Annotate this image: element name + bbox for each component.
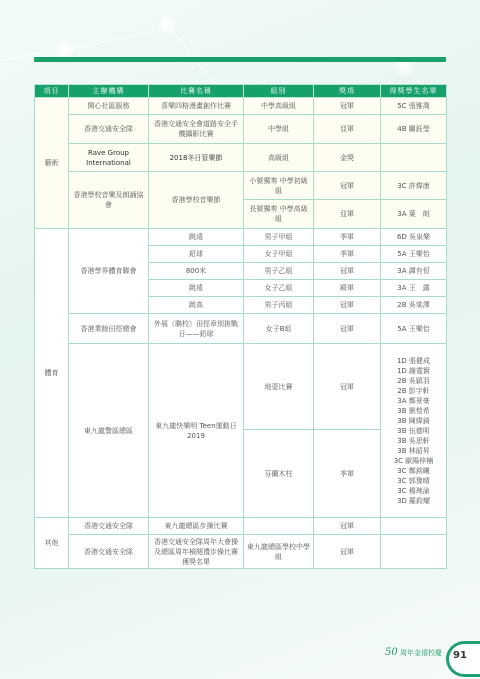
student-name: 3B 伍德明 [383,426,444,436]
table-row: 體育 香港學界體育聯會 跳遠 男子甲組 季軍 6D 吳泉樂 [35,229,447,246]
category-cell: 體育 [35,229,69,518]
competition-cell: 800米 [149,263,244,280]
group-cell: 男子甲組 [244,229,314,246]
competition-cell: 跳遠 [149,229,244,246]
students-cell: 2B 吳棠澤 [381,297,447,314]
header-competition: 比賽名稱 [149,85,244,98]
award-cell: 季軍 [314,246,381,263]
competition-cell: 香港交通安全隊周年大會操及總區周年檢閱禮步操比賽獲獎名單 [149,535,244,569]
student-name: 3B 林韶昇 [383,446,444,456]
student-name: 3D 羅鈞耀 [383,496,444,506]
table-row: 東九龍警區總區 東九龍快樂明 Teen運動日2019 地壺比賽 冠軍 1D 張健… [35,344,447,430]
students-cell [381,144,447,172]
award-cell: 季軍 [314,229,381,246]
award-cell: 殿軍 [314,280,381,297]
award-cell: 亞軍 [314,115,381,144]
table-row: 香港交通安全隊 香港交通安全會道路安全手機攝影比賽 中學組 亞軍 4B 關鈺瑩 [35,115,447,144]
header-bar [34,57,446,62]
footer-branding: 50 周年金禧校慶 [385,647,442,658]
students-cell: 5A 王樂怡 [381,314,447,344]
competition-cell: 香港學校音樂節 [149,172,244,229]
competition-cell: 跳高 [149,297,244,314]
group-cell: 女子B組 [244,314,314,344]
competition-cell: 東九龍總區步操比賽 [149,518,244,535]
group-cell: 小號獨奏 中學初級組 [244,172,314,200]
organizer-cell: 東九龍警區總區 [69,344,149,518]
students-cell [381,535,447,569]
group-cell: 地壺比賽 [244,344,314,430]
group-cell: 男子丙組 [244,297,314,314]
category-cell: 藝術 [35,98,69,229]
group-cell: 男子乙組 [244,263,314,280]
competition-cell: 鉛球 [149,246,244,263]
student-name: 3C 鄭銘曦 [383,466,444,476]
organizer-cell: 香港交通安全隊 [69,535,149,569]
group-cell [244,518,314,535]
student-name: 3A 鄭景豪 [383,396,444,406]
students-cell: 6D 吳泉樂 [381,229,447,246]
group-cell: 中學組 [244,115,314,144]
competition-cell: 香港交通安全會道路安全手機攝影比賽 [149,115,244,144]
group-cell: 長號獨奏 中學高級組 [244,200,314,229]
competition-cell: 喜樂四格漫畫創作比賽 [149,98,244,115]
organizer-cell: 香港業餘田徑總會 [69,314,149,344]
header-award: 獎項 [314,85,381,98]
competition-cell: 跳遠 [149,280,244,297]
table-row: 香港業餘田徑總會 外展（聯校）田徑章別挑戰日——鉛球 女子B組 冠軍 5A 王樂… [35,314,447,344]
students-cell: 5C 張雅喬 [381,98,447,115]
student-name: 1D 謝霆賢 [383,366,444,376]
anniversary-logo: 50 [385,647,398,658]
student-name: 3B 陳緯錡 [383,416,444,426]
decorative-glow [163,20,171,28]
award-cell: 冠軍 [314,518,381,535]
organizer-cell: 香港交通安全隊 [69,518,149,535]
table-row: 藝術 開心社區服務 喜樂四格漫畫創作比賽 中學高級組 冠軍 5C 張雅喬 [35,98,447,115]
group-cell: 芬蘭木柱 [244,430,314,518]
page-number: 91 [453,650,467,661]
award-cell: 冠軍 [314,98,381,115]
students-cell: 3C 許煒康 [381,172,447,200]
students-cell: 3A 葉 朗 [381,200,447,229]
table-row: 香港學校音樂及朗誦協會 香港學校音樂節 小號獨奏 中學初級組 冠軍 3C 許煒康 [35,172,447,200]
student-name: 2B 吳穎羽 [383,376,444,386]
organizer-cell: Rave Group International [69,144,149,172]
group-cell: 女子甲組 [244,246,314,263]
award-cell: 冠軍 [314,344,381,430]
student-name: 3B 吳思軒 [383,436,444,446]
student-name: 2B 彭宇軒 [383,386,444,396]
award-cell: 冠軍 [314,263,381,280]
students-cell: 5A 王樂怡 [381,246,447,263]
group-cell: 高級組 [244,144,314,172]
award-cell: 亞軍 [314,200,381,229]
anniversary-slogan: 周年金禧校慶 [400,649,442,657]
table-row: 香港交通安全隊 香港交通安全隊周年大會操及總區周年檢閱禮步操比賽獲獎名單 東九龍… [35,535,447,569]
students-cell [381,518,447,535]
decorative-line [64,27,172,51]
group-cell: 女子乙組 [244,280,314,297]
students-cell: 3A 王 露 [381,280,447,297]
award-cell: 冠軍 [314,314,381,344]
student-name: 3B 劉愷希 [383,406,444,416]
team-students-cell: 1D 張健成 1D 謝霆賢 2B 吳穎羽 2B 彭宇軒 3A 鄭景豪 3B 劉愷… [381,344,447,518]
award-cell: 冠軍 [314,297,381,314]
student-name: 3C 歐陽梓楠 [383,456,444,466]
header-students: 得獎學生名單 [381,85,447,98]
table-row: Rave Group International 2018冬日管樂節 高級組 金… [35,144,447,172]
competition-cell: 東九龍快樂明 Teen運動日2019 [149,344,244,518]
organizer-cell: 香港學校音樂及朗誦協會 [69,172,149,229]
decorative-glow [60,46,68,54]
student-name: 3C 郭豫晴 [383,476,444,486]
header-organizer: 主辦機構 [69,85,149,98]
table-row: 其他 香港交通安全隊 東九龍總區步操比賽 冠軍 [35,518,447,535]
competition-cell: 2018冬日管樂節 [149,144,244,172]
organizer-cell: 香港學界體育聯會 [69,229,149,314]
decorative-glow [400,62,408,70]
student-name: 1D 張健成 [383,356,444,366]
group-cell: 中學高級組 [244,98,314,115]
table-header-row: 項目 主辦機構 比賽名稱 組別 獎項 得獎學生名單 [35,85,447,98]
student-name: 3C 楊琬渝 [383,486,444,496]
header-category: 項目 [35,85,69,98]
group-cell: 東九龍總區學校中學組 [244,535,314,569]
header-group: 組別 [244,85,314,98]
award-cell: 冠軍 [314,172,381,200]
award-cell: 金獎 [314,144,381,172]
students-cell: 4B 關鈺瑩 [381,115,447,144]
organizer-cell: 香港交通安全隊 [69,115,149,144]
organizer-cell: 開心社區服務 [69,98,149,115]
competition-cell: 外展（聯校）田徑章別挑戰日——鉛球 [149,314,244,344]
awards-table: 項目 主辦機構 比賽名稱 組別 獎項 得獎學生名單 藝術 開心社區服務 喜樂四格… [34,84,447,569]
award-cell: 冠軍 [314,535,381,569]
award-cell: 季軍 [314,430,381,518]
students-cell: 3A 譚有恒 [381,263,447,280]
category-cell: 其他 [35,518,69,569]
